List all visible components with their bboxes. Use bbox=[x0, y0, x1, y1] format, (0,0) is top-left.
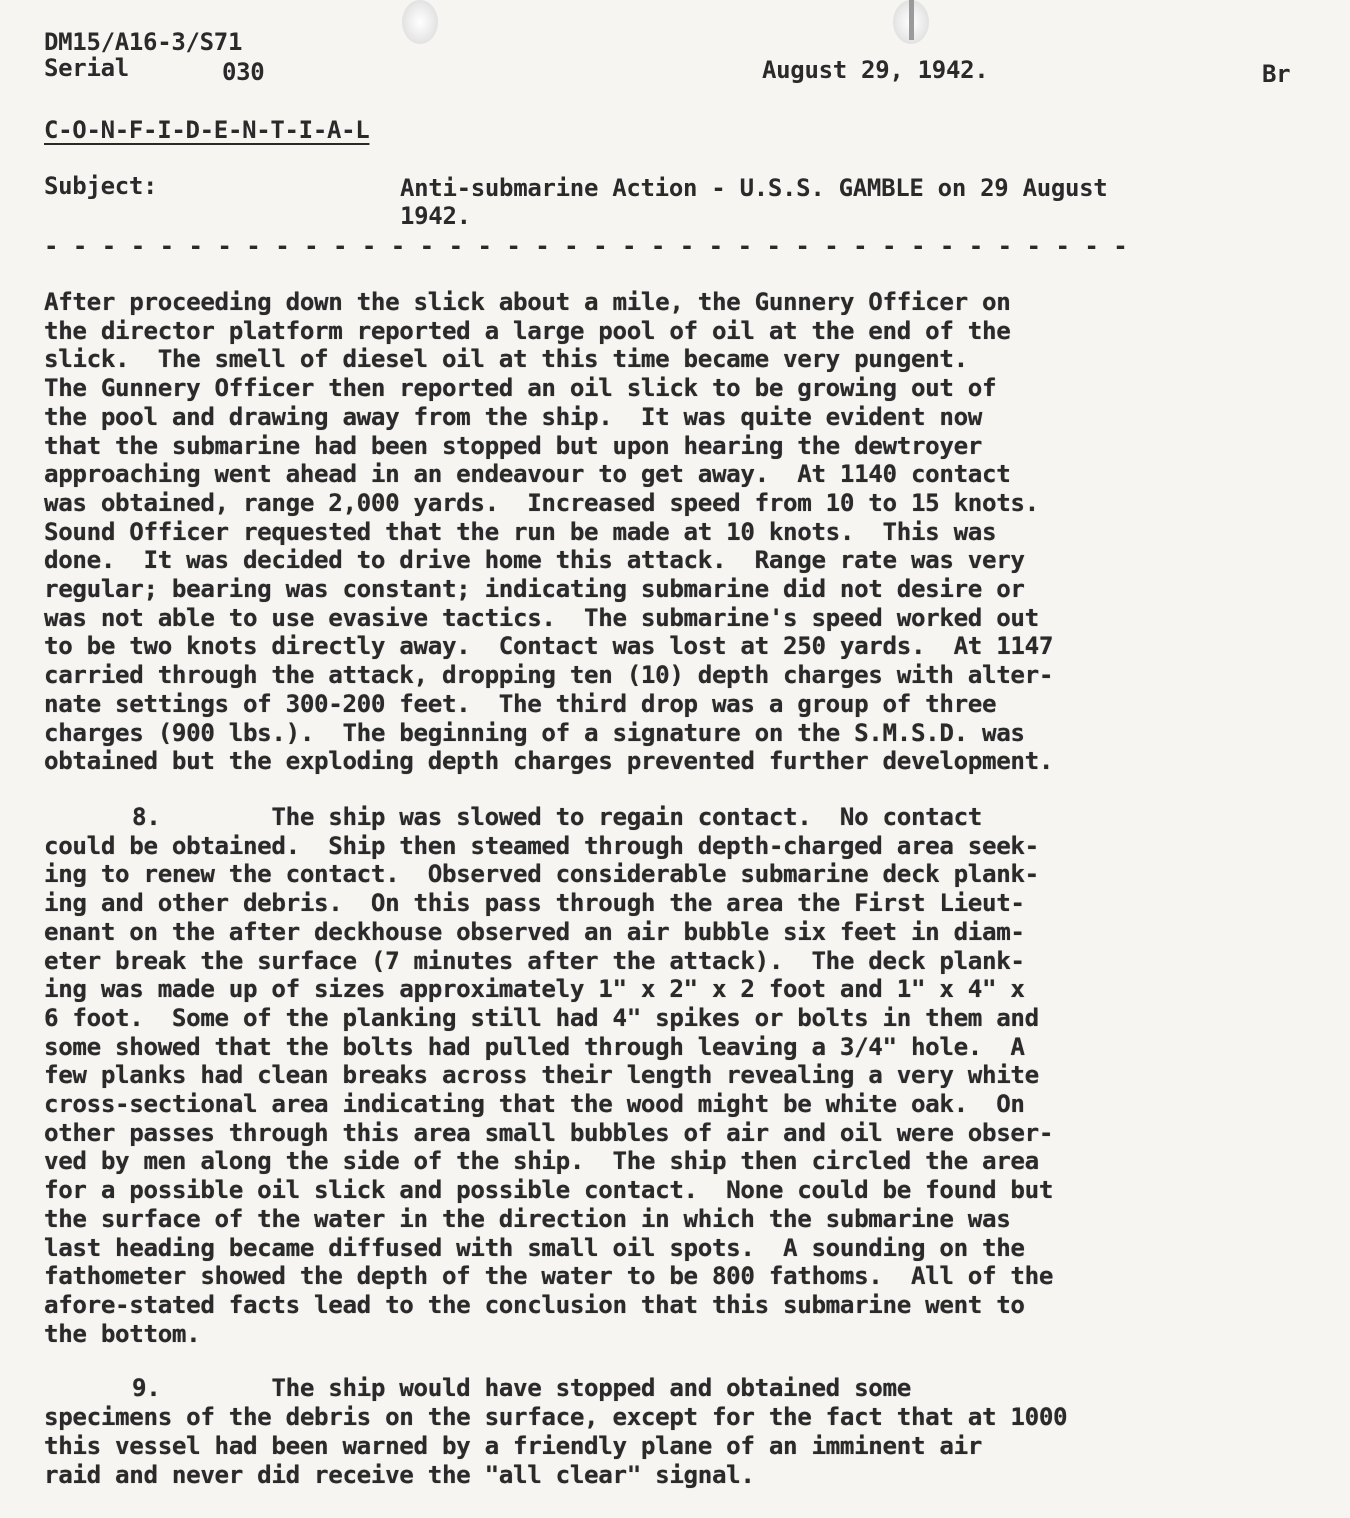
subject-text-line-2: 1942. bbox=[400, 202, 471, 230]
text-line: that the submarine had been stopped but … bbox=[44, 432, 982, 460]
text-line: some showed that the bolts had pulled th… bbox=[44, 1033, 1025, 1061]
document-date: August 29, 1942. bbox=[762, 56, 988, 84]
text-line: enant on the after deckhouse observed an… bbox=[44, 918, 1025, 946]
text-line: carried through the attack, dropping ten… bbox=[44, 661, 1053, 689]
text-line: ved by men along the side of the ship. T… bbox=[44, 1147, 1039, 1175]
subject-text-line-1: Anti-submarine Action - U.S.S. GAMBLE on… bbox=[400, 174, 1107, 202]
text-line: regular; bearing was constant; indicatin… bbox=[44, 575, 1025, 603]
text-line: ing to renew the contact. Observed consi… bbox=[44, 860, 1039, 888]
text-line: the pool and drawing away from the ship.… bbox=[44, 403, 982, 431]
text-line: approaching went ahead in an endeavour t… bbox=[44, 460, 1010, 488]
text-line: slick. The smell of diesel oil at this t… bbox=[44, 345, 968, 373]
text-line: The Gunnery Officer then reported an oil… bbox=[44, 374, 996, 402]
text-line: was obtained, range 2,000 yards. Increas… bbox=[44, 489, 1039, 517]
subject-label: Subject: bbox=[44, 172, 157, 200]
text-line: Sound Officer requested that the run be … bbox=[44, 518, 996, 546]
text-line: ing was made up of sizes approximately 1… bbox=[44, 975, 1025, 1003]
text-line: The ship was slowed to regain contact. N… bbox=[44, 803, 982, 831]
text-line: other passes through this area small bub… bbox=[44, 1119, 1053, 1147]
text-line: cross-sectional area indicating that the… bbox=[44, 1090, 1025, 1118]
punch-hole bbox=[402, 0, 438, 44]
text-line: fathometer showed the depth of the water… bbox=[44, 1262, 1053, 1290]
text-line: obtained but the exploding depth charges… bbox=[44, 747, 1053, 775]
classification-marking: C-O-N-F-I-D-E-N-T-I-A-L bbox=[44, 116, 369, 144]
typist-initials: Br bbox=[1262, 60, 1290, 88]
text-line: to be two knots directly away. Contact w… bbox=[44, 632, 1053, 660]
text-line: nate settings of 300-200 feet. The third… bbox=[44, 690, 996, 718]
text-line: After proceeding down the slick about a … bbox=[44, 288, 1010, 316]
serial-label: Serial bbox=[44, 54, 129, 82]
text-line: the director platform reported a large p… bbox=[44, 317, 1010, 345]
text-line: done. It was decided to drive home this … bbox=[44, 546, 1025, 574]
text-line: 6 foot. Some of the planking still had 4… bbox=[44, 1004, 1039, 1032]
text-line: specimens of the debris on the surface, … bbox=[44, 1403, 1067, 1431]
text-line: charges (900 lbs.). The beginning of a s… bbox=[44, 719, 1025, 747]
punch-hole bbox=[893, 0, 929, 44]
document-page: DM15/A16-3/S71 Serial 030 August 29, 194… bbox=[0, 0, 1350, 1518]
text-line: ing and other debris. On this pass throu… bbox=[44, 889, 1025, 917]
file-reference: DM15/A16-3/S71 bbox=[44, 28, 242, 56]
serial-number: 030 bbox=[222, 58, 264, 86]
text-line: eter break the surface (7 minutes after … bbox=[44, 947, 1025, 975]
text-line: was not able to use evasive tactics. The… bbox=[44, 604, 1039, 632]
text-line: the bottom. bbox=[44, 1320, 200, 1348]
text-line: afore-stated facts lead to the conclusio… bbox=[44, 1291, 1025, 1319]
text-line: The ship would have stopped and obtained… bbox=[44, 1374, 911, 1402]
text-line: last heading became diffused with small … bbox=[44, 1234, 1025, 1262]
text-line: few planks had clean breaks across their… bbox=[44, 1061, 1039, 1089]
text-line: could be obtained. Ship then steamed thr… bbox=[44, 832, 1039, 860]
text-line: raid and never did receive the "all clea… bbox=[44, 1461, 755, 1489]
text-line: the surface of the water in the directio… bbox=[44, 1205, 1010, 1233]
text-line: for a possible oil slick and possible co… bbox=[44, 1176, 1053, 1204]
text-line: this vessel had been warned by a friendl… bbox=[44, 1432, 982, 1460]
dashed-separator: - - - - - - - - - - - - - - - - - - - - … bbox=[44, 232, 1314, 252]
